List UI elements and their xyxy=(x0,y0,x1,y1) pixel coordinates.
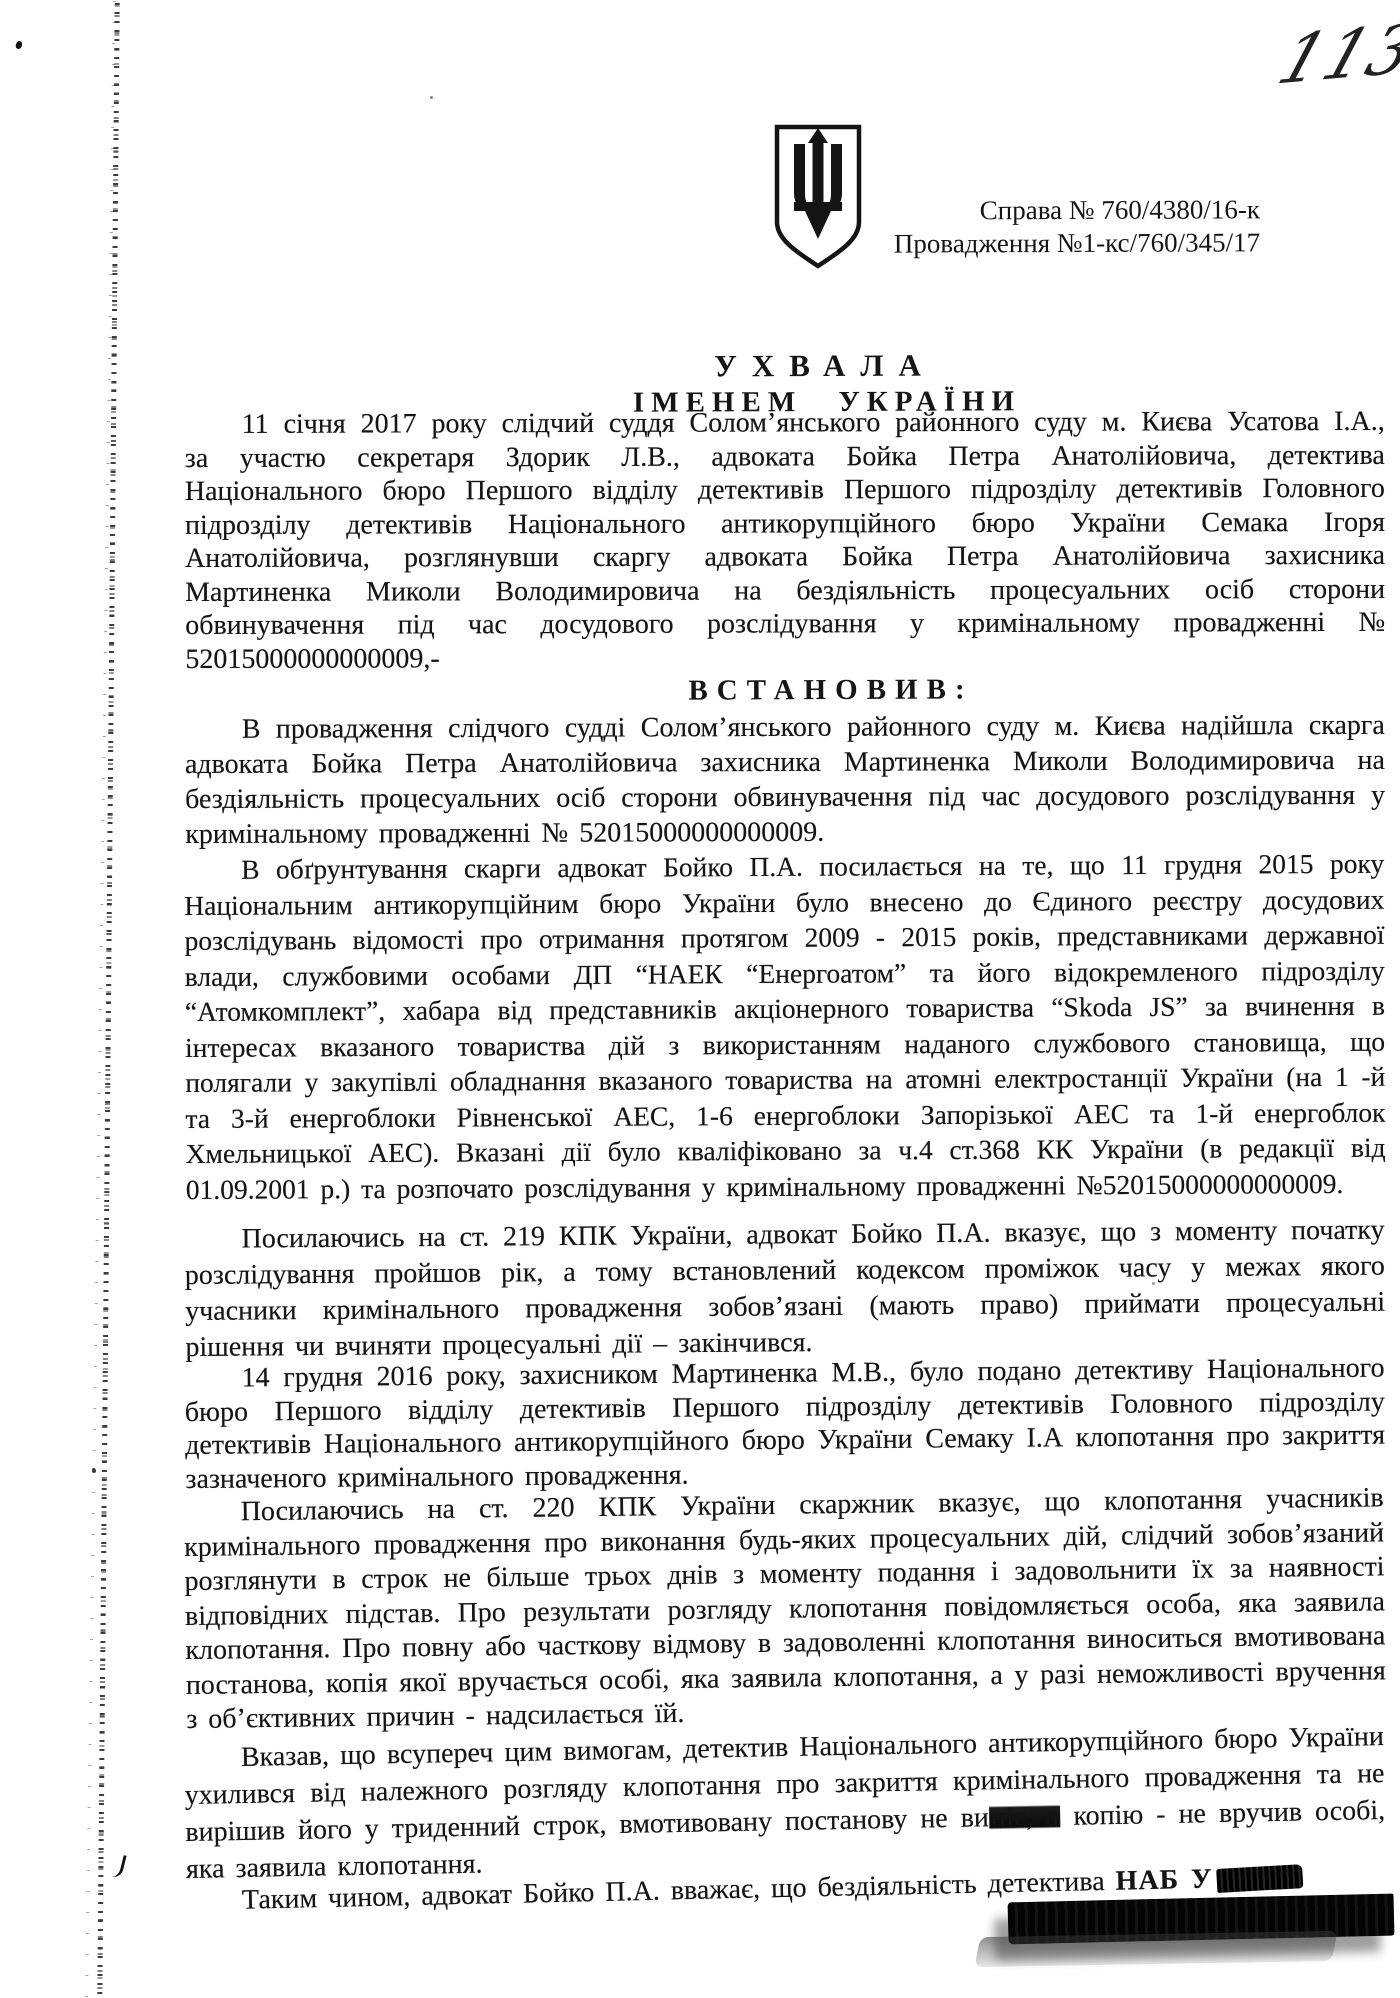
scanned-court-ruling-page: 113 Справа № 760/4380/16-к Провадження №… xyxy=(0,0,1400,1998)
paragraph-art-219: Посилаючись на ст. 219 КПК України, адво… xyxy=(184,1213,1385,1366)
redaction-scribble xyxy=(1216,1864,1303,1893)
redaction-smudge xyxy=(974,1931,1337,1967)
redaction-strike: ніс, а xyxy=(989,1801,1061,1833)
ukraine-trident-emblem-icon xyxy=(770,124,866,275)
case-number: Справа № 760/4380/16-к xyxy=(858,193,1260,227)
handwritten-page-number: 113 xyxy=(1270,15,1400,95)
paragraph-art-220: Посилаючись на ст. 220 КПК України скарж… xyxy=(184,1481,1387,1737)
paragraph-grounds: В обґрунтування скарги адвокат Бойко П.А… xyxy=(184,846,1386,1207)
paragraph-intro: 11 січня 2017 року слідчий суддя Солом’я… xyxy=(185,405,1386,676)
case-reference-block: Справа № 760/4380/16-к Провадження №1-кс… xyxy=(858,193,1260,260)
overtraced-text: НАБ У xyxy=(1115,1864,1213,1897)
paragraph-motion-filed: 14 грудня 2016 року, захисником Мартинен… xyxy=(184,1352,1385,1496)
ink-speck xyxy=(92,1468,96,1473)
ink-speck xyxy=(15,40,24,50)
proceedings-number: Провадження №1-кс/760/345/17 xyxy=(858,226,1260,260)
paragraph-complaint-received: В провадження слідчого судді Солом’янськ… xyxy=(185,708,1385,852)
ink-speck xyxy=(430,96,433,99)
document-title: УХВАЛА xyxy=(225,346,1400,386)
section-heading-established: ВСТАНОВИВ: xyxy=(231,671,1400,709)
pen-mark xyxy=(109,1853,126,1879)
